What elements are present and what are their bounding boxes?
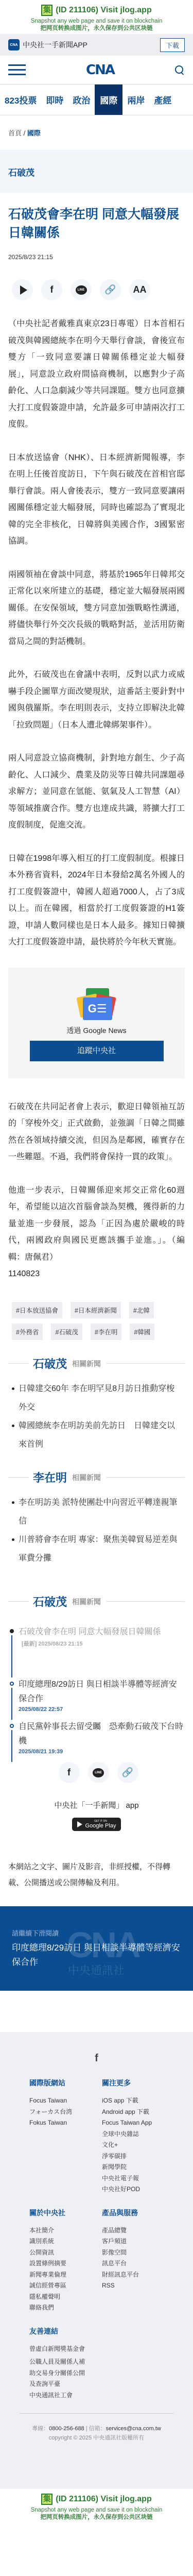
footer-link[interactable]: iOS app 下載 [102,2095,179,2107]
app-title: 中央社一手新聞APP [23,40,87,50]
footer-link[interactable]: 公開資訊 [29,2247,102,2259]
timeline-date: 2025/08/21 19:39 [19,1749,185,1755]
article-paragraph: 兩國領袖在會談中同意，將基於1965年日韓邦交正常化以來所建立的基礎，穩定並大幅… [8,567,185,651]
jlog-line3: 把网页转换成图片，永久保存到公共区块链 [0,2514,193,2521]
footer-link[interactable]: 本社簡介 [29,2225,102,2236]
article-paragraph: 石破茂在共同記者會上表示，歡迎日韓領袖互訪的「穿梭外交」正式啟動，並強調「日韓之… [8,1099,185,1166]
next-label: 請繼續下滑閱讀 [12,1928,181,1938]
line-icon: LINE [76,285,87,295]
footer-heading: 關於中央社 [29,2208,102,2218]
tag[interactable]: #石破茂 [51,1324,82,1340]
footer-link[interactable]: 設置條例摘要 [29,2258,102,2269]
timeline-dot-icon [10,1682,14,1686]
article-date: 2025/8/23 21:15 [8,253,185,261]
jlog-line1: (ID 211106) Visit jlog.app [56,6,151,15]
facebook-icon: f [50,284,54,295]
footer-link[interactable]: Fokus Taiwan [29,2117,102,2129]
related-link[interactable]: 川普將會李在明 專家：聚焦美韓貿易逆差與軍費分攤 [10,1531,180,1568]
related-section-1: 石破茂 相關新聞 日韓建交60年 李在明罕見8月訪日推動穿梭外交 韓國總統李在明… [8,1355,185,1454]
timeline-item[interactable]: 自民黨幹事長去留受矚 恐牽動石破茂下台時機 2025/08/21 19:39 [8,1720,185,1762]
footer-heading: 國際版網站 [29,2078,102,2088]
email-link[interactable]: services@cna.com.tw [106,2426,161,2432]
footer-link[interactable]: 隱私權聲明 [29,2292,102,2303]
footer-link[interactable]: 淨零碳排 [102,2151,179,2162]
tag[interactable]: #外務省 [12,1324,43,1340]
footer-link[interactable]: 公職人員及關係人補助交易身分關係公開及查詢平臺 [29,2357,89,2390]
article-paragraph: 兩人同意設立協商機制，針對地方創生、少子高齡化、人口減少、農業及防災等日韓共同課… [8,750,185,834]
line-share-button[interactable]: LINE [88,1762,109,1783]
share-toolbar-bottom: f LINE 🔗 [12,1762,185,1783]
article-code: 1140823 [8,1266,185,1282]
email-label: 信箱： [89,2426,106,2432]
footer-link[interactable]: 中央通訊社工會 [29,2390,89,2401]
gplay-big: Google Play [85,1823,116,1829]
article: 石破茂會李在明 同意大幅發展日韓關係 2025/8/23 21:15 f LIN… [0,193,193,1891]
tag[interactable]: #日本放送協會 [12,1302,62,1318]
footer-link[interactable]: 財經訊息平台 [102,2269,179,2281]
jlog-line3: 把网页转换成图片，永久保存到公共区块链 [0,25,193,32]
jlog-line1: (ID 211106) Visit jlog.app [56,2495,151,2504]
timeline-dot-icon [10,1724,14,1728]
copyright-notice: 本網站之文字、圖片及影音，非經授權，不得轉載、公開播送或公開傳輸及利用。 [8,1859,185,1891]
footer-link[interactable]: フォーカス台湾 [29,2107,102,2118]
line-share-button[interactable]: LINE [71,279,92,300]
nav-item-international[interactable]: 國際 [95,84,122,115]
app-logo-icon: CNA [8,39,20,50]
app-download-bar: CNA 中央社一手新聞APP 下載 [0,34,193,56]
timeline-date: [最新] 2025/08/23 21:15 [19,1639,185,1648]
timeline-section: 石破茂 相關新聞 石破茂會李在明 同意大幅發展日韓關係 [最新] 2025/08… [8,1594,185,1762]
facebook-share-button[interactable]: f [41,279,62,300]
share-toolbar: f LINE 🔗 AA [12,279,185,300]
footer-link[interactable]: 產品總覽 [102,2225,179,2236]
footer-link[interactable]: 文化+ [102,2140,179,2151]
copy-link-button[interactable]: 🔗 [100,279,121,300]
footer-col-friendly: 友善連結 曾虛白新聞獎基金會 公職人員及關係人補助交易身分關係公開及查詢平臺 中… [29,2326,89,2401]
jlog-icon: 集 [41,2494,52,2505]
footer-col-products: 產品與服務 產品總覽 客戶頻道 影像空間 訊息平台 財經訊息平台 RSS [102,2208,179,2314]
google-news-label: 透過 Google News [8,1025,185,1036]
footer-col-international: 國際版網站 Focus Taiwan フォーカス台湾 Fokus Taiwan [29,2078,102,2195]
footer-link[interactable]: 全球中央雜誌 [102,2129,179,2140]
footer-link[interactable]: Focus Taiwan [29,2095,102,2107]
footer-link[interactable]: Focus Taiwan App [102,2117,179,2129]
footer-link[interactable]: 識別系統 [29,2236,102,2247]
related-sub: 相關新聞 [72,1359,101,1369]
play-icon [20,285,27,295]
nav-item-realtime[interactable]: 即時 [41,84,68,115]
article-title: 石破茂會李在明 同意大幅發展日韓關係 [8,205,185,242]
follow-cna-button[interactable]: 追蹤中央社 [30,1041,164,1061]
related-link[interactable]: 李在明訪美 派特使團赴中向習近平轉達親筆信 [10,1494,180,1531]
footer-link[interactable]: 新聞學院 [102,2162,179,2173]
related-link[interactable]: 日韓建交60年 李在明罕見8月訪日推動穿梭外交 [10,1380,180,1417]
footer-col-more: 關注更多 iOS app 下載 Android app 下載 Focus Tai… [102,2078,179,2195]
nav-item-economy[interactable]: 產經 [149,84,176,115]
tag[interactable]: #北韓 [129,1302,154,1318]
footer-link[interactable]: 影像空間 [102,2247,179,2259]
play-audio-button[interactable] [12,279,33,300]
footer-link[interactable]: 誠信經營專區 [29,2280,102,2292]
next-title: 印度總理8/29訪日 與日相談半導體等經濟安保合作 [12,1941,181,1970]
article-paragraph: 此外，石破茂也在會議中表明，反對以武力或威嚇手段企圖單方面改變現狀，這番話主要針… [8,667,185,734]
facebook-icon: f [67,1767,71,1778]
jlog-line2: Snapshot any web page and save it on blo… [0,18,193,25]
breadcrumb-current[interactable]: 國際 [27,129,41,137]
download-button[interactable]: 下載 [160,38,185,52]
article-paragraph: 他進一步表示，日韓關係迎來邦交正常化60週年，希望能以這次首腦會談為契機，獲得新… [8,1182,185,1266]
timeline-title: 印度總理8/29訪日 與日相談半導體等經濟安保合作 [19,1677,185,1706]
google-play-button[interactable]: GET IT ONGoogle Play [72,1818,121,1831]
tag[interactable]: #韓國 [130,1324,154,1340]
nav-item-politics[interactable]: 政治 [68,84,95,115]
timeline-title: 自民黨幹事長去留受矚 恐牽動石破茂下台時機 [19,1720,185,1749]
jlog-icon: 集 [41,5,52,16]
article-paragraph: （中央社記者戴雅真東京23日專電）日本首相石破茂與韓國總統李在明今天舉行會談，會… [8,316,185,433]
app-promo: 中央社「一手新聞」 app GET IT ONGoogle Play [8,1800,185,1831]
nav-item-vote[interactable]: 823投票 [0,84,41,115]
cna-logo[interactable]: CNA [86,62,114,78]
link-icon: 🔗 [122,1767,133,1778]
footer-link[interactable]: 新聞專業倫理 [29,2269,102,2281]
footer-heading: 產品與服務 [102,2208,179,2218]
related-section-2: 李在明 相關新聞 李在明訪美 派特使團赴中向習近平轉達親筆信 川普將會李在明 專… [8,1469,185,1568]
jlog-banner-top[interactable]: 集(ID 211106) Visit jlog.app Snapshot any… [0,0,193,34]
related-sub: 相關新聞 [72,1472,101,1483]
google-news-icon: G☰ [78,988,115,1020]
site-header: CNA [0,56,193,84]
footer-contact: 專線：0800-256-688 | 信箱：services@cna.com.tw… [0,2424,193,2443]
footer-link[interactable]: 訊息平台 [102,2258,179,2269]
footer-link[interactable]: 客戶頻道 [102,2236,179,2247]
related-keyword[interactable]: 李在明 [33,1469,67,1485]
footer-link[interactable]: RSS [102,2280,179,2292]
footer-link[interactable]: 聯絡我們 [29,2302,102,2314]
hamburger-menu-icon[interactable] [8,64,26,75]
category-nav: 823投票 即時 政治 國際 兩岸 產經 [0,84,193,115]
contact-sep: | [84,2426,89,2432]
footer: f 國際版網站 Focus Taiwan フォーカス台湾 Fokus Taiwa… [0,2032,193,2489]
footer-link[interactable]: 中央社好POD [102,2184,179,2195]
footer-link[interactable]: 中央社電子報 [102,2173,179,2184]
related-heading: 石破茂 相關新聞 [8,1355,185,1371]
footer-copyright: copyright © 2025 中央通訊社版權所有 [0,2433,193,2443]
article-paragraph: 日韓在1998年導入相互的打工度假制度。根據日本外務省資料，2024年日本發給2… [8,851,185,951]
nav-item-cross-strait[interactable]: 兩岸 [122,84,149,115]
jlog-banner-bottom[interactable]: 集(ID 211106) Visit jlog.app Snapshot any… [0,2489,193,2523]
google-play-icon [77,1821,82,1827]
copy-link-button[interactable]: 🔗 [117,1762,138,1783]
timeline-item[interactable]: 印度總理8/29訪日 與日相談半導體等經濟安保合作 2025/08/22 22:… [8,1677,185,1720]
timeline-heading: 石破茂 相關新聞 [8,1594,185,1609]
timeline-dot-icon [10,1629,14,1633]
related-heading: 李在明 相關新聞 [8,1469,185,1485]
timeline-item[interactable]: 石破茂會李在明 同意大幅發展日韓關係 [最新] 2025/08/23 21:15 [8,1625,185,1677]
tag-list: #日本放送協會 #日本經濟新聞 #北韓 #外務省 #石破茂 #李在明 #韓國 [12,1302,185,1340]
footer-heading: 關注更多 [102,2078,179,2088]
facebook-icon[interactable]: f [0,2053,193,2064]
footer-divider [20,2413,173,2414]
timeline-date: 2025/08/22 22:57 [19,1706,185,1713]
jlog-line2: Snapshot any web page and save it on blo… [0,2506,193,2514]
font-size-icon: AA [133,284,147,295]
topic-label[interactable]: 石破茂 [0,150,193,193]
breadcrumb-separator: / [22,129,27,137]
footer-link[interactable]: 曾虛白新聞獎基金會 [29,2344,89,2355]
timeline-sub: 相關新聞 [72,1597,101,1607]
google-news-box: G☰ 透過 Google News 追蹤中央社 [8,968,185,1078]
app-promo-text: 中央社「一手新聞」 app [8,1800,185,1810]
link-icon: 🔗 [104,284,116,295]
footer-link[interactable]: Android app 下載 [102,2107,179,2118]
tag[interactable]: #李在明 [91,1324,121,1340]
timeline: 石破茂會李在明 同意大幅發展日韓關係 [最新] 2025/08/23 21:15… [8,1625,185,1762]
hotline-label: 專線： [32,2426,49,2432]
breadcrumb: 首頁 / 國際 [0,115,193,150]
article-body: （中央社記者戴雅真東京23日專電）日本首相石破茂與韓國總統李在明今天舉行會談，會… [8,316,185,1282]
hotline-number[interactable]: 0800-256-688 [49,2426,84,2432]
article-paragraph: 日本放送協會（NHK）、日本經濟新聞報導，李在明上任後首度訪日，下午與石破茂在首… [8,450,185,550]
line-icon: LINE [93,1768,104,1777]
related-keyword[interactable]: 石破茂 [33,1355,67,1371]
tag[interactable]: #日本經濟新聞 [71,1302,121,1318]
related-link[interactable]: 韓國總統李在明訪美前先訪日 日韓建交以來首例 [10,1417,180,1454]
search-icon[interactable] [174,65,185,75]
breadcrumb-home[interactable]: 首頁 [8,129,22,137]
footer-heading: 友善連結 [29,2326,89,2336]
facebook-share-button[interactable]: f [59,1762,80,1783]
timeline-keyword[interactable]: 石破茂 [33,1594,67,1609]
timeline-title: 石破茂會李在明 同意大幅發展日韓關係 [19,1625,185,1639]
font-size-button[interactable]: AA [129,279,150,300]
footer-col-about: 關於中央社 本社簡介 識別系統 公開資訊 設置條例摘要 新聞專業倫理 誠信經營專… [29,2208,102,2314]
next-article-banner[interactable]: CNA 中央通訊社 請繼續下滑閱讀 印度總理8/29訪日 與日相談半導體等經濟安… [0,1906,193,1991]
